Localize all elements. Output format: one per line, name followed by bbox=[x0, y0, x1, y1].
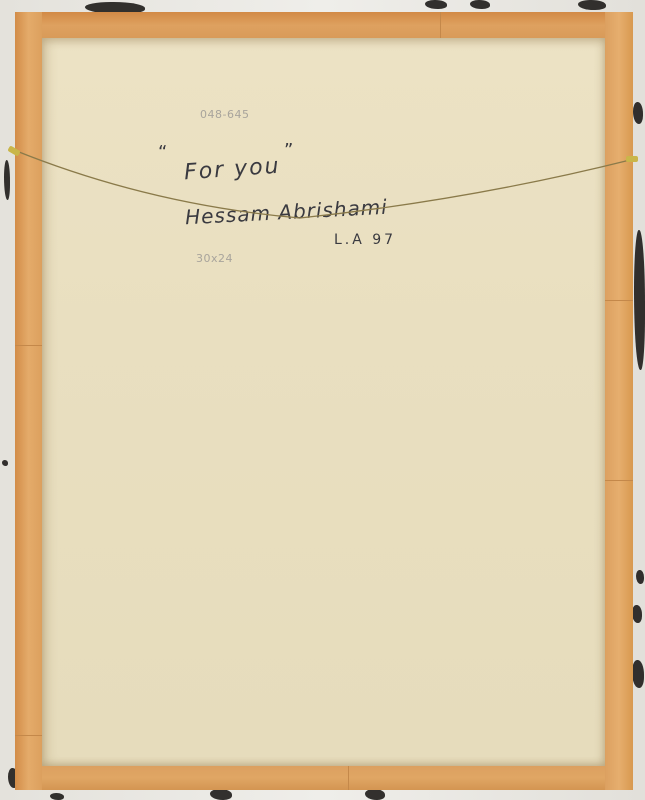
wood-joint bbox=[440, 12, 441, 39]
paint-blot bbox=[470, 0, 490, 9]
stretcher-bar-right bbox=[605, 12, 633, 790]
canvas-surface bbox=[42, 38, 605, 766]
stretcher-bar-left bbox=[15, 12, 42, 790]
dimensions-note: 30x24 bbox=[196, 252, 233, 265]
stretcher-bar-bottom bbox=[15, 766, 633, 790]
paint-blot bbox=[632, 660, 644, 688]
paint-blot bbox=[50, 793, 64, 800]
inventory-number: 048-645 bbox=[200, 108, 249, 121]
wood-joint bbox=[348, 766, 349, 790]
paint-blot bbox=[365, 789, 385, 800]
stretcher-bar-top bbox=[15, 12, 633, 39]
wood-joint bbox=[15, 345, 42, 346]
paint-blot bbox=[632, 605, 642, 623]
paint-blot bbox=[633, 102, 643, 124]
title-close-quote: ” bbox=[284, 140, 293, 161]
wire-clip-right bbox=[626, 156, 638, 162]
paint-blot bbox=[210, 789, 232, 800]
paint-blot bbox=[2, 460, 8, 466]
wood-joint bbox=[605, 480, 633, 481]
title-open-quote: “ bbox=[158, 142, 167, 163]
wood-joint bbox=[605, 300, 633, 301]
paint-blot bbox=[4, 160, 10, 200]
wood-joint bbox=[15, 735, 42, 736]
place-date: L.A 97 bbox=[334, 232, 396, 248]
paint-blot bbox=[634, 230, 645, 370]
paint-blot bbox=[636, 570, 644, 584]
paint-blot bbox=[425, 0, 447, 9]
canvas-back-photo: 048-645 “ For you ” Hessam Abrishami L.A… bbox=[0, 0, 645, 800]
